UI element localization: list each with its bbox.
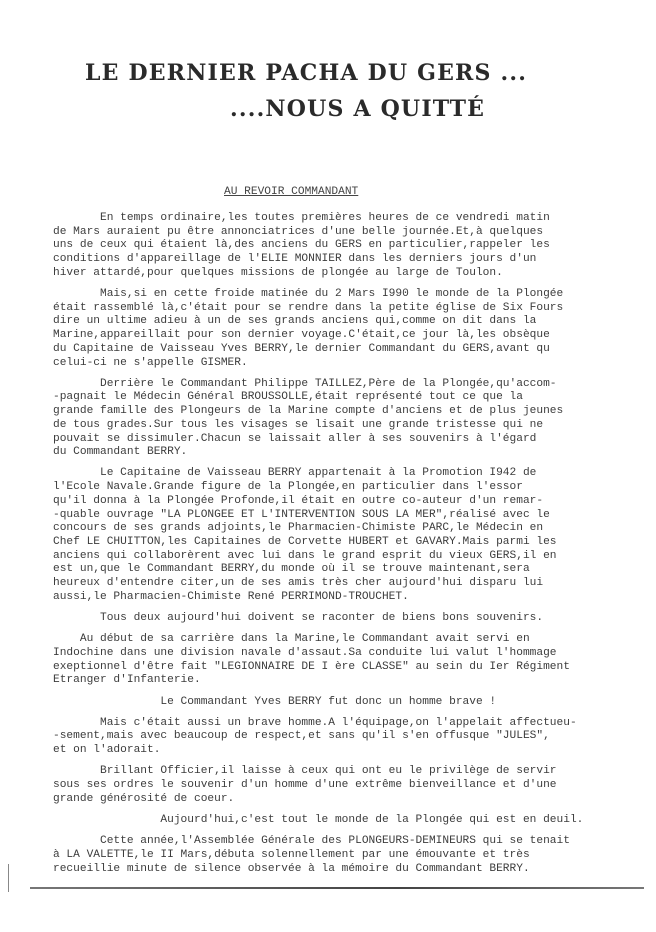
text-line: Indochine dans une division navale d'ass… (53, 647, 653, 661)
paragraph: Derrière le Commandant Philippe TAILLEZ,… (53, 378, 653, 460)
text-line: était rassemblé là,c'était pour se rendr… (53, 302, 653, 316)
text-line: Marine,appareillait pour son dernier voy… (53, 329, 653, 343)
paragraph: Tous deux aujourd'hui doivent se raconte… (53, 612, 653, 626)
text-line: de tous grades.Sur tous les visages se l… (53, 419, 653, 433)
text-line: de Mars auraient pu être annonciatrices … (53, 226, 653, 240)
text-line: celui-ci ne s'appelle GISMER. (53, 357, 653, 371)
text-line: exeptionnel d'être fait "LEGIONNAIRE DE … (53, 661, 653, 675)
text-line: Aujourd'hui,c'est tout le monde de la Pl… (53, 814, 653, 828)
text-line: Cette année,l'Assemblée Générale des PLO… (53, 835, 653, 849)
article-body: En temps ordinaire,les toutes premières … (53, 212, 653, 884)
paragraph: Au début de sa carrière dans la Marine,l… (53, 633, 653, 688)
text-line: grande générosité de coeur. (53, 793, 653, 807)
footer-rule (30, 887, 644, 889)
text-line: aussi,le Pharmacien-Chimiste René PERRIM… (53, 591, 653, 605)
text-line: à LA VALETTE,le II Mars,débuta solennell… (53, 849, 653, 863)
text-line: Etranger d'Infanterie. (53, 674, 653, 688)
text-line: -quable ouvrage "LA PLONGEE ET L'INTERVE… (53, 509, 653, 523)
paragraph: Le Commandant Yves BERRY fut donc un hom… (53, 696, 653, 710)
text-line: et on l'adorait. (53, 744, 653, 758)
headline-line-2: ....NOUS A QUITTÉ (230, 96, 656, 122)
paragraph: Cette année,l'Assemblée Générale des PLO… (53, 835, 653, 876)
text-line: conditions d'appareillage de l'ELIE MONN… (53, 253, 653, 267)
text-line: heureux d'entendre citer,un de ses amis … (53, 577, 653, 591)
text-line: du Capitaine de Vaisseau Yves BERRY,le d… (53, 343, 653, 357)
text-line: Chef LE CHUITTON,les Capitaines de Corve… (53, 536, 653, 550)
section-subtitle: AU REVOIR COMMANDANT (224, 186, 358, 198)
text-line: Brillant Officier,il laisse à ceux qui o… (53, 765, 653, 779)
text-line: qu'il donna à la Plongée Profonde,il éta… (53, 495, 653, 509)
text-line: pouvait se dissimuler.Chacun se laissait… (53, 433, 653, 447)
paragraph: Mais,si en cette froide matinée du 2 Mar… (53, 288, 653, 370)
text-line: Au début de sa carrière dans la Marine,l… (53, 633, 653, 647)
text-line: grande famille des Plongeurs de la Marin… (53, 405, 653, 419)
paragraph: Aujourd'hui,c'est tout le monde de la Pl… (53, 814, 653, 828)
text-line: l'Ecole Navale.Grande figure de la Plong… (53, 481, 653, 495)
text-line: Derrière le Commandant Philippe TAILLEZ,… (53, 378, 653, 392)
text-line: Le Commandant Yves BERRY fut donc un hom… (53, 696, 653, 710)
text-line: concours de ses grands adjoints,le Pharm… (53, 522, 653, 536)
text-line: recueillie minute de silence observée à … (53, 863, 653, 877)
text-line: En temps ordinaire,les toutes premières … (53, 212, 653, 226)
paragraph: Brillant Officier,il laisse à ceux qui o… (53, 765, 653, 806)
paragraph: Mais c'était aussi un brave homme.A l'éq… (53, 717, 653, 758)
text-line: hiver attardé,pour quelques missions de … (53, 267, 653, 281)
text-line: -sement,mais avec beaucoup de respect,et… (53, 730, 653, 744)
text-line: anciens qui collaborèrent avec lui dans … (53, 550, 653, 564)
text-line: Mais,si en cette froide matinée du 2 Mar… (53, 288, 653, 302)
text-line: Tous deux aujourd'hui doivent se raconte… (53, 612, 653, 626)
headline-line-1: LE DERNIER PACHA DU GERS ... (85, 60, 656, 86)
text-line: sous ses ordres le souvenir d'un homme d… (53, 779, 653, 793)
text-line: Mais c'était aussi un brave homme.A l'éq… (53, 717, 653, 731)
paragraph: En temps ordinaire,les toutes premières … (53, 212, 653, 281)
paragraph: Le Capitaine de Vaisseau BERRY appartena… (53, 467, 653, 604)
scan-edge-mark (8, 864, 9, 892)
text-line: -pagnait le Médecin Général BROUSSOLLE,é… (53, 391, 653, 405)
text-line: est un,que le Commandant BERRY,du monde … (53, 563, 653, 577)
text-line: du Commandant BERRY. (53, 446, 653, 460)
text-line: Le Capitaine de Vaisseau BERRY appartena… (53, 467, 653, 481)
text-line: uns de ceux qui étaient là,des anciens d… (53, 239, 653, 253)
text-line: dire un ultime adieu à un de ses grands … (53, 315, 653, 329)
